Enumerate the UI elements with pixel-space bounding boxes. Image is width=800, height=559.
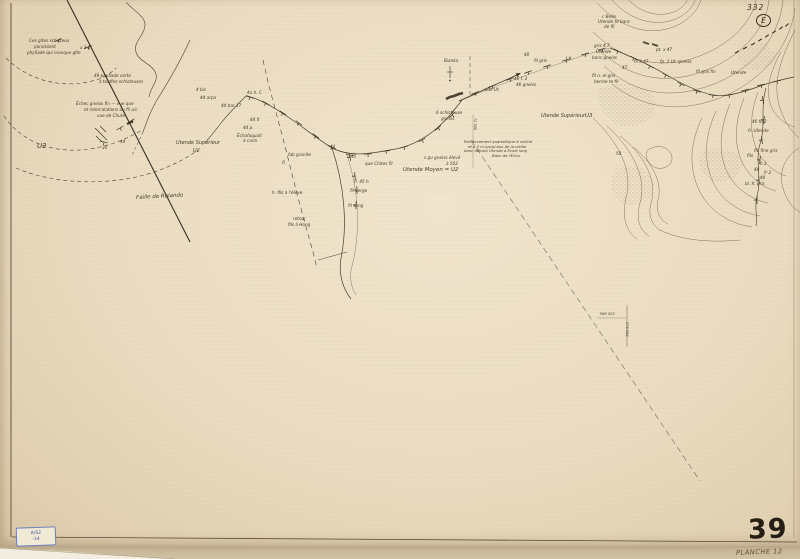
map-photo: Ces gîtes schisteuxparaissentphyllade qu… [0, 0, 800, 559]
backdrop-wedge [0, 0, 800, 559]
